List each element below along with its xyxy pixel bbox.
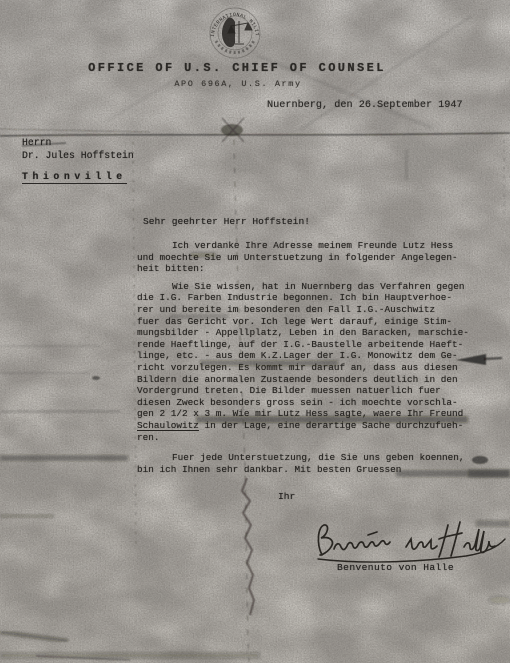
body-line: Bildern die anormalen Zustaende besonder… [137, 374, 485, 386]
paragraph-1: Ich verdanke Ihre Adresse meinem Freunde… [137, 240, 485, 275]
apo-address-line: APO 696A, U.S. Army [160, 79, 316, 89]
fold-crease-vertical-left [133, 142, 136, 545]
closing-pronoun: Ihr [278, 491, 295, 502]
body-line: fuer das Gericht vor. Ich lege Wert dara… [137, 316, 485, 328]
underlined-name: Schaulowitz [137, 420, 199, 431]
body-line: mungsbilder - Appellplatz, Leben in den … [137, 327, 485, 339]
body-line: und moechte Sie um Unterstuetzung in fol… [137, 252, 485, 264]
recipient-block: Herrn Dr. Jules Hoffstein [22, 137, 134, 162]
body-line: Ich verdanke Ihre Adresse meinem Freunde… [137, 240, 485, 252]
recipient-city: Thionville [22, 171, 127, 184]
body-line: rende Haeftlinge, auf der I.G.-Baustelle… [137, 339, 485, 351]
scanned-letter-page: INTERNATIONAL MILITARY TRIALS OFFICE OF … [0, 0, 510, 663]
recipient-prefix: Herrn [22, 137, 134, 150]
typed-signature-name: Benvenuto von Halle [337, 562, 454, 573]
salutation: Sehr geehrter Herr Hoffstein! [143, 216, 310, 227]
body-line: ren. [137, 432, 485, 444]
body-line: Schaulowitz in der Lage, eine derartige … [137, 420, 485, 432]
body-line: Fuer jede Unterstuetzung, die Sie uns ge… [137, 452, 485, 464]
body-line: Wie Sie wissen, hat in Nuernberg das Ver… [137, 281, 485, 293]
international-military-trials-seal-icon: INTERNATIONAL MILITARY TRIALS [208, 6, 262, 60]
paragraph-3: Fuer jede Unterstuetzung, die Sie uns ge… [137, 452, 485, 475]
letter-body: Ich verdanke Ihre Adresse meinem Freunde… [137, 240, 485, 481]
body-line: richt vorzulegen. Es kommt mir darauf an… [137, 362, 485, 374]
paragraph-2: Wie Sie wissen, hat in Nuernberg das Ver… [137, 281, 485, 443]
body-line: bin ich Ihnen sehr dankbar. Mit besten G… [137, 464, 485, 476]
recipient-name: Dr. Jules Hoffstein [22, 150, 134, 163]
handwritten-signature-benvenuto-von-halle [308, 515, 508, 569]
dateline: Nuernberg, den 26.September 1947 [267, 100, 463, 111]
body-line: die I.G. Farben Industrie begonnen. Ich … [137, 292, 485, 304]
body-line: Vordergrund treten. Die Bilder muessen n… [137, 385, 485, 397]
body-line-rest: in der Lage, eine derartige Sache durchz… [199, 420, 463, 431]
body-line: gen 2 1/2 x 3 m. Wie mir Lutz Hess sagte… [137, 408, 485, 420]
body-line: rer und bereite im besonderen den Fall I… [137, 304, 485, 316]
body-line: heit bitten: [137, 263, 485, 275]
fold-crease-horizontal-top [0, 133, 510, 136]
office-title: OFFICE OF U.S. CHIEF OF COUNSEL [84, 61, 390, 75]
body-line: diesen Zweck besonders gross sein - ich … [137, 397, 485, 409]
body-line: linge, etc. - aus dem K.Z.Lager der I.G.… [137, 350, 485, 362]
